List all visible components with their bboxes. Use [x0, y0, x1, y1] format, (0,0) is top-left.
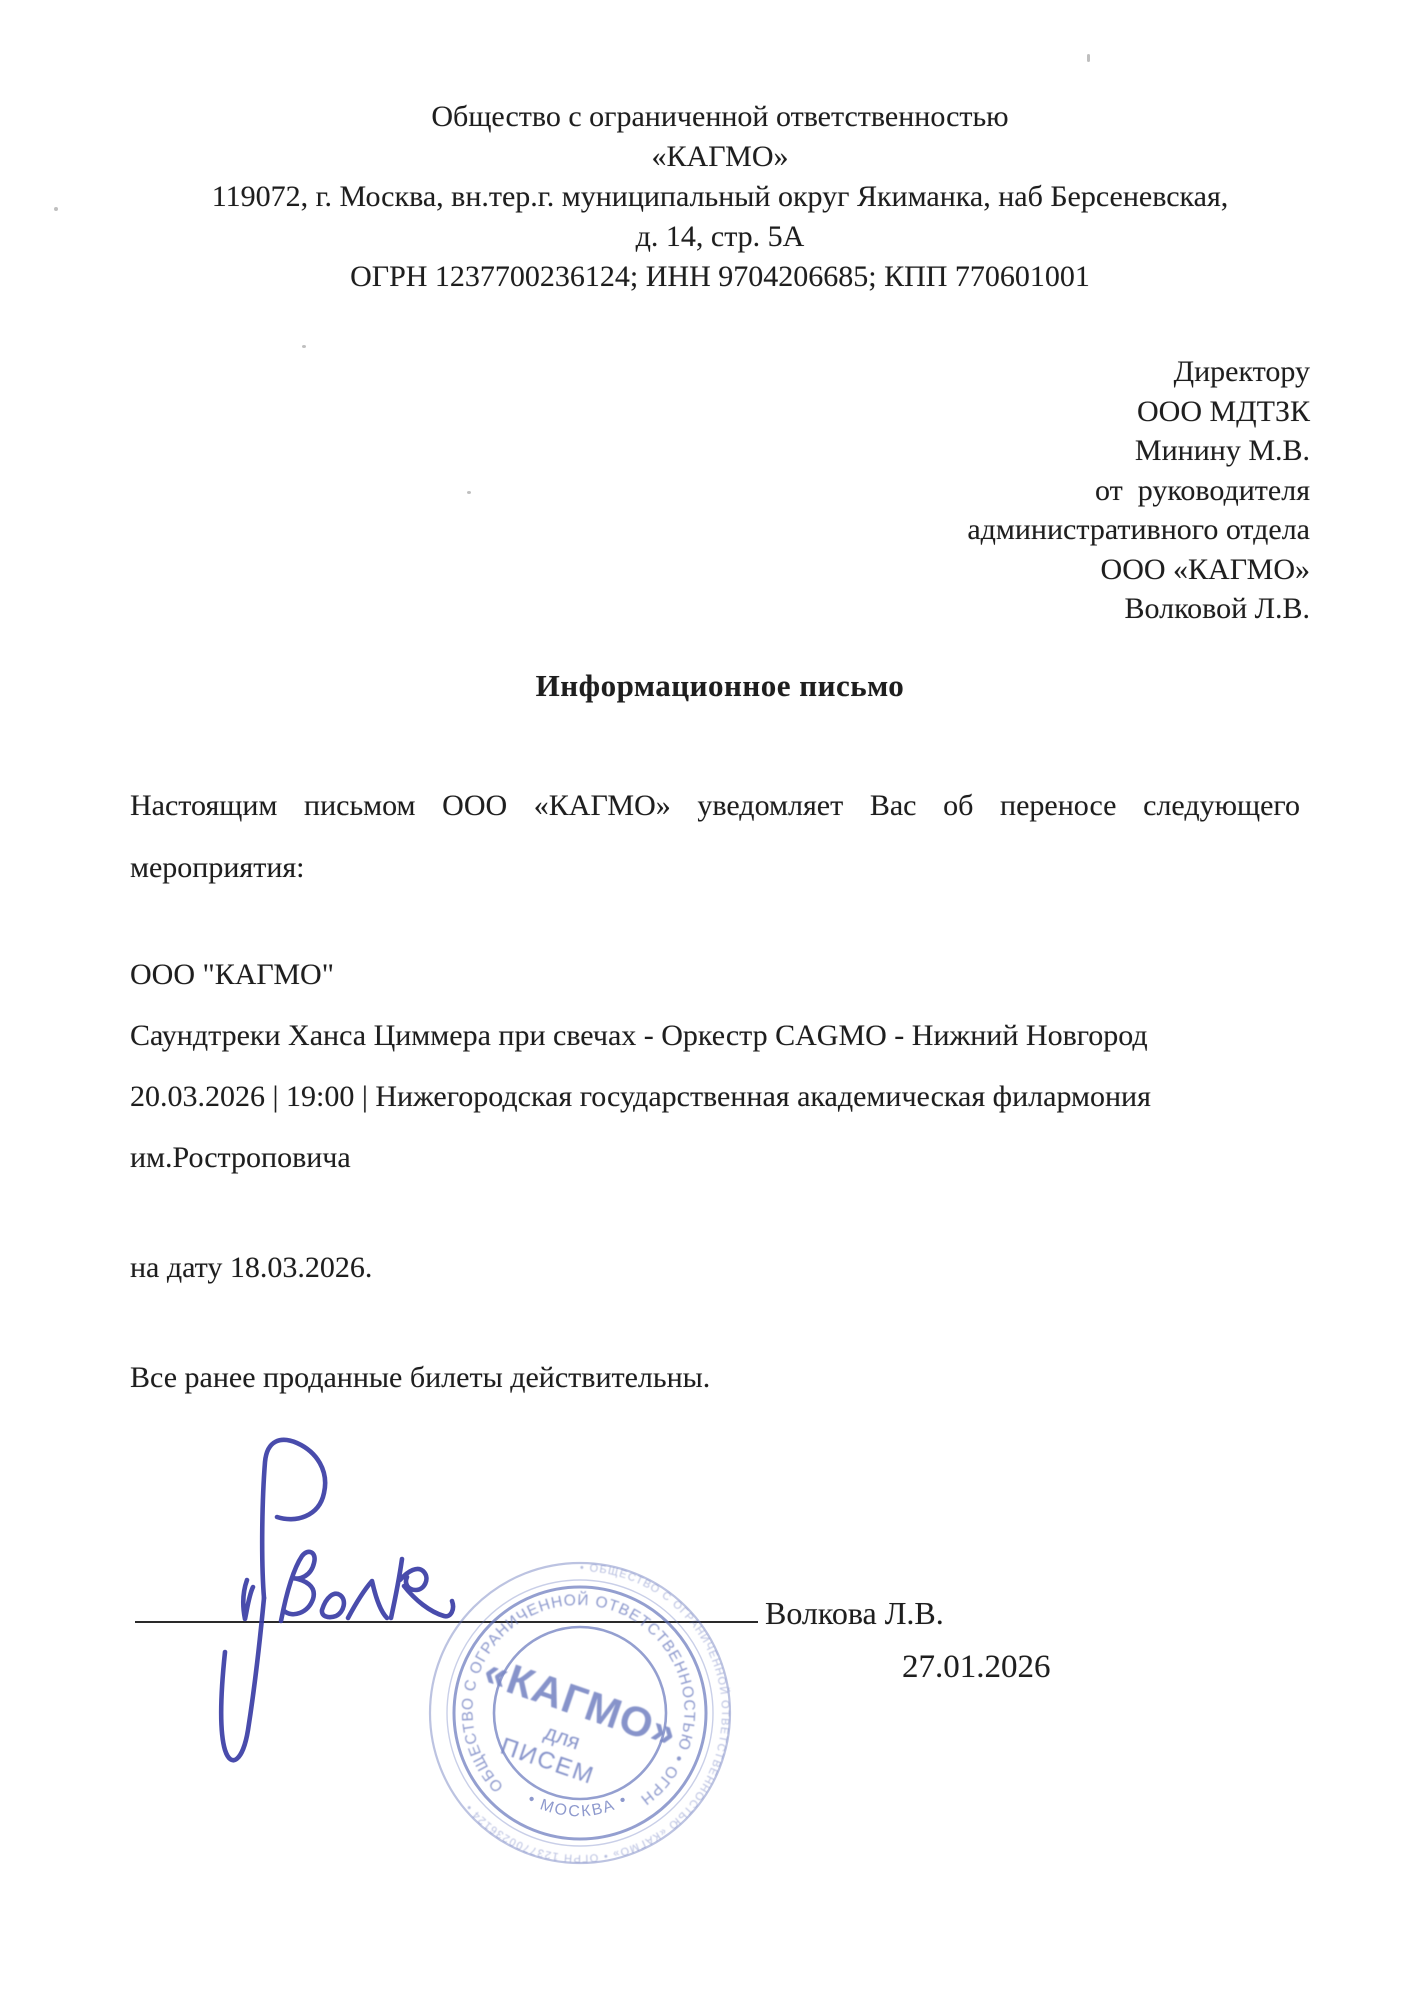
stamp-center-sub2: ПИСЕМ [497, 1733, 598, 1790]
event-line: 20.03.2026 | 19:00 | Нижегородская госуд… [130, 1066, 1305, 1127]
letterhead-address-line2: д. 14, стр. 5А [130, 217, 1310, 257]
tickets-line: Все ранее проданные билеты действительны… [130, 1362, 710, 1394]
recipient-line: ООО МДТЗК [967, 392, 1310, 432]
scan-speck [54, 207, 58, 211]
recipient-line: Минину М.В. [967, 431, 1310, 471]
stamp-outer-ring-text: • ОБЩЕСТВО С ОГРАНИЧЕННОЙ ОТВЕТСТВЕННОСТ… [463, 1562, 731, 1864]
signature-rule [135, 1621, 758, 1623]
new-date-line: на дату 18.03.2026. [130, 1252, 372, 1284]
letterhead-org-type: Общество с ограниченной ответственностью [130, 97, 1310, 137]
stamp-center-name: «КАГМО» [478, 1647, 683, 1757]
event-line: ООО "КАГМО" [130, 944, 1305, 1005]
recipient-line: Директору [967, 352, 1310, 392]
signature-stem-loop [262, 1440, 325, 1598]
letterhead: Общество с ограниченной ответственностью… [130, 97, 1310, 297]
event-line: Саундтреки Ханса Циммера при свечах - Ор… [130, 1005, 1305, 1066]
recipient-line: от руководителя [967, 471, 1310, 511]
recipient-line: административного отдела [967, 510, 1310, 550]
signature-date: 27.01.2026 [902, 1650, 1051, 1684]
stamp-center-sub1: для [541, 1721, 582, 1754]
stamp-inner-circle [494, 1627, 666, 1799]
stamp-main-circle [454, 1587, 706, 1839]
handwritten-signature [221, 1440, 453, 1760]
recipient-line: ООО «КАГМО» [967, 550, 1310, 590]
letterhead-registration: ОГРН 1237700236124; ИНН 9704206685; КПП … [130, 257, 1310, 297]
scan-speck [467, 491, 471, 494]
scanned-letter-page: Общество с ограниченной ответственностью… [0, 0, 1414, 2000]
event-line: им.Ростроповича [130, 1127, 1305, 1188]
stamp-outermost-circle [430, 1563, 730, 1863]
letterhead-org-name: «КАГМО» [130, 137, 1310, 177]
letter-title: Информационное письмо [130, 668, 1310, 704]
intro-line-1: Настоящим письмом ООО «КАГМО» уведомляет… [130, 775, 1300, 837]
event-block: ООО "КАГМО" Саундтреки Ханса Циммера при… [130, 944, 1305, 1188]
intro-line-2: мероприятия: [130, 837, 1300, 899]
recipient-line: Волковой Л.В. [967, 589, 1310, 629]
signature-hook [243, 1580, 253, 1619]
scan-speck [302, 345, 306, 348]
letterhead-address-line1: 119072, г. Москва, вн.тер.г. муниципальн… [130, 177, 1310, 217]
stamp-outer-inner-circle [447, 1580, 713, 1846]
stamp-ring-text-bottom: • МОСКВА • [525, 1791, 632, 1821]
intro-paragraph: Настоящим письмом ООО «КАГМО» уведомляет… [130, 775, 1300, 899]
scan-speck [1087, 54, 1090, 62]
recipient-block: Директору ООО МДТЗК Минину М.В. от руков… [967, 352, 1310, 629]
signature-letters [281, 1552, 453, 1621]
signer-name: Волкова Л.В. [765, 1596, 944, 1630]
